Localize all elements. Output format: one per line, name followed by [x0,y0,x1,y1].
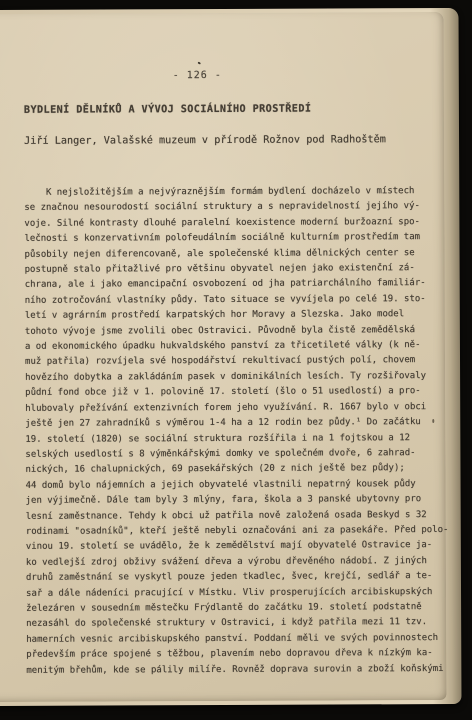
text-line: jen výjimečně. Dále tam byly 3 mlýny, fa… [26,492,438,509]
text-line: 44 domů bylo nájemních a jejich obyvatel… [26,477,438,494]
text-line: muž patřila) rozvíjela své hospodářství … [25,354,437,371]
text-line: letí v agrárním prostředí karpatských ho… [25,307,437,324]
text-line: 19. století (1820) se sociální struktura… [25,431,437,448]
text-line: menitým břehům, kde se pálily milíře. Ro… [26,662,438,679]
text-line: půdní fond obce již v 1. polovině 17. st… [25,384,437,401]
text-line: voje. Silné kontrasty dlouhé paralelní k… [24,215,436,232]
text-line: nických, 16 chalupnických, 69 pasekářský… [25,461,437,478]
text-line: vinou 19. století se uvádělo, že k zeměd… [26,538,438,555]
text-line: lesní zaměstnance. Tehdy k obci už patři… [26,508,438,525]
paper-speck [197,61,201,64]
text-line: hamerních vesnic arcibiskupského panství… [26,631,438,648]
document-page: - 126 - BYDLENÍ DĚLNÍKŮ A VÝVOJ SOCIÁLNÍ… [0,12,446,702]
text-line: nezasáhl do společenské struktury v Ostr… [26,615,438,632]
body-text: K nejsložitějším a nejvýraznějším formám… [24,184,438,679]
text-line: se značnou nesourodostí sociální struktu… [24,199,436,216]
text-line: rodinami "osadníků", kteří ještě nebyli … [26,523,438,540]
text-line: především práce spojené s těžbou, plaven… [26,646,438,663]
text-line: ještě jen 27 zahradníků s výměrou 1-4 ha… [25,415,437,432]
text-line: selských usedlostí s 8 výměnkářskými dom… [25,446,437,463]
text-line: sař a dále nádeníci pracující v Místku. … [26,585,438,602]
text-line: a od ekonomického úpadku hukvaldského pa… [25,338,437,355]
text-line: druhů zaměstnání se vyskytl pouze jeden … [26,569,438,586]
text-line: působily nejen diferencovaně, ale společ… [25,246,437,263]
text-line: K nejsložitějším a nejvýraznějším formám… [24,184,436,201]
text-line: hovězího dobytka a zakládáním pasek v do… [25,369,437,386]
text-line: ního zotročování vlastníky půdy. Tato si… [25,292,437,309]
scanned-page-background: - 126 - BYDLENÍ DĚLNÍKŮ A VÝVOJ SOCIÁLNÍ… [0,0,472,720]
text-line: chrana, ale i jako emancipační osvobozen… [25,276,437,293]
text-line: postupně stalo přitažlivé pro většinu ob… [25,261,437,278]
page-number: - 126 - [25,69,370,82]
author-line: Jiří Langer, Valašské muzeum v přírodě R… [24,134,386,147]
text-line: lečnosti s konzervativním polofeudálním … [24,230,436,247]
text-line: železáren v sousedním městečku Frýdlantě… [26,600,438,617]
text-line: tohoto vývoje jsme zvolili obec Ostravic… [25,323,437,340]
article-title: BYDLENÍ DĚLNÍKŮ A VÝVOJ SOCIÁLNÍHO PROST… [24,104,312,116]
text-line: hlubovaly přežívání extenzivních forem j… [25,400,437,417]
text-line: ko vedlejší zdroj obživy svážení dřeva a… [26,554,438,571]
